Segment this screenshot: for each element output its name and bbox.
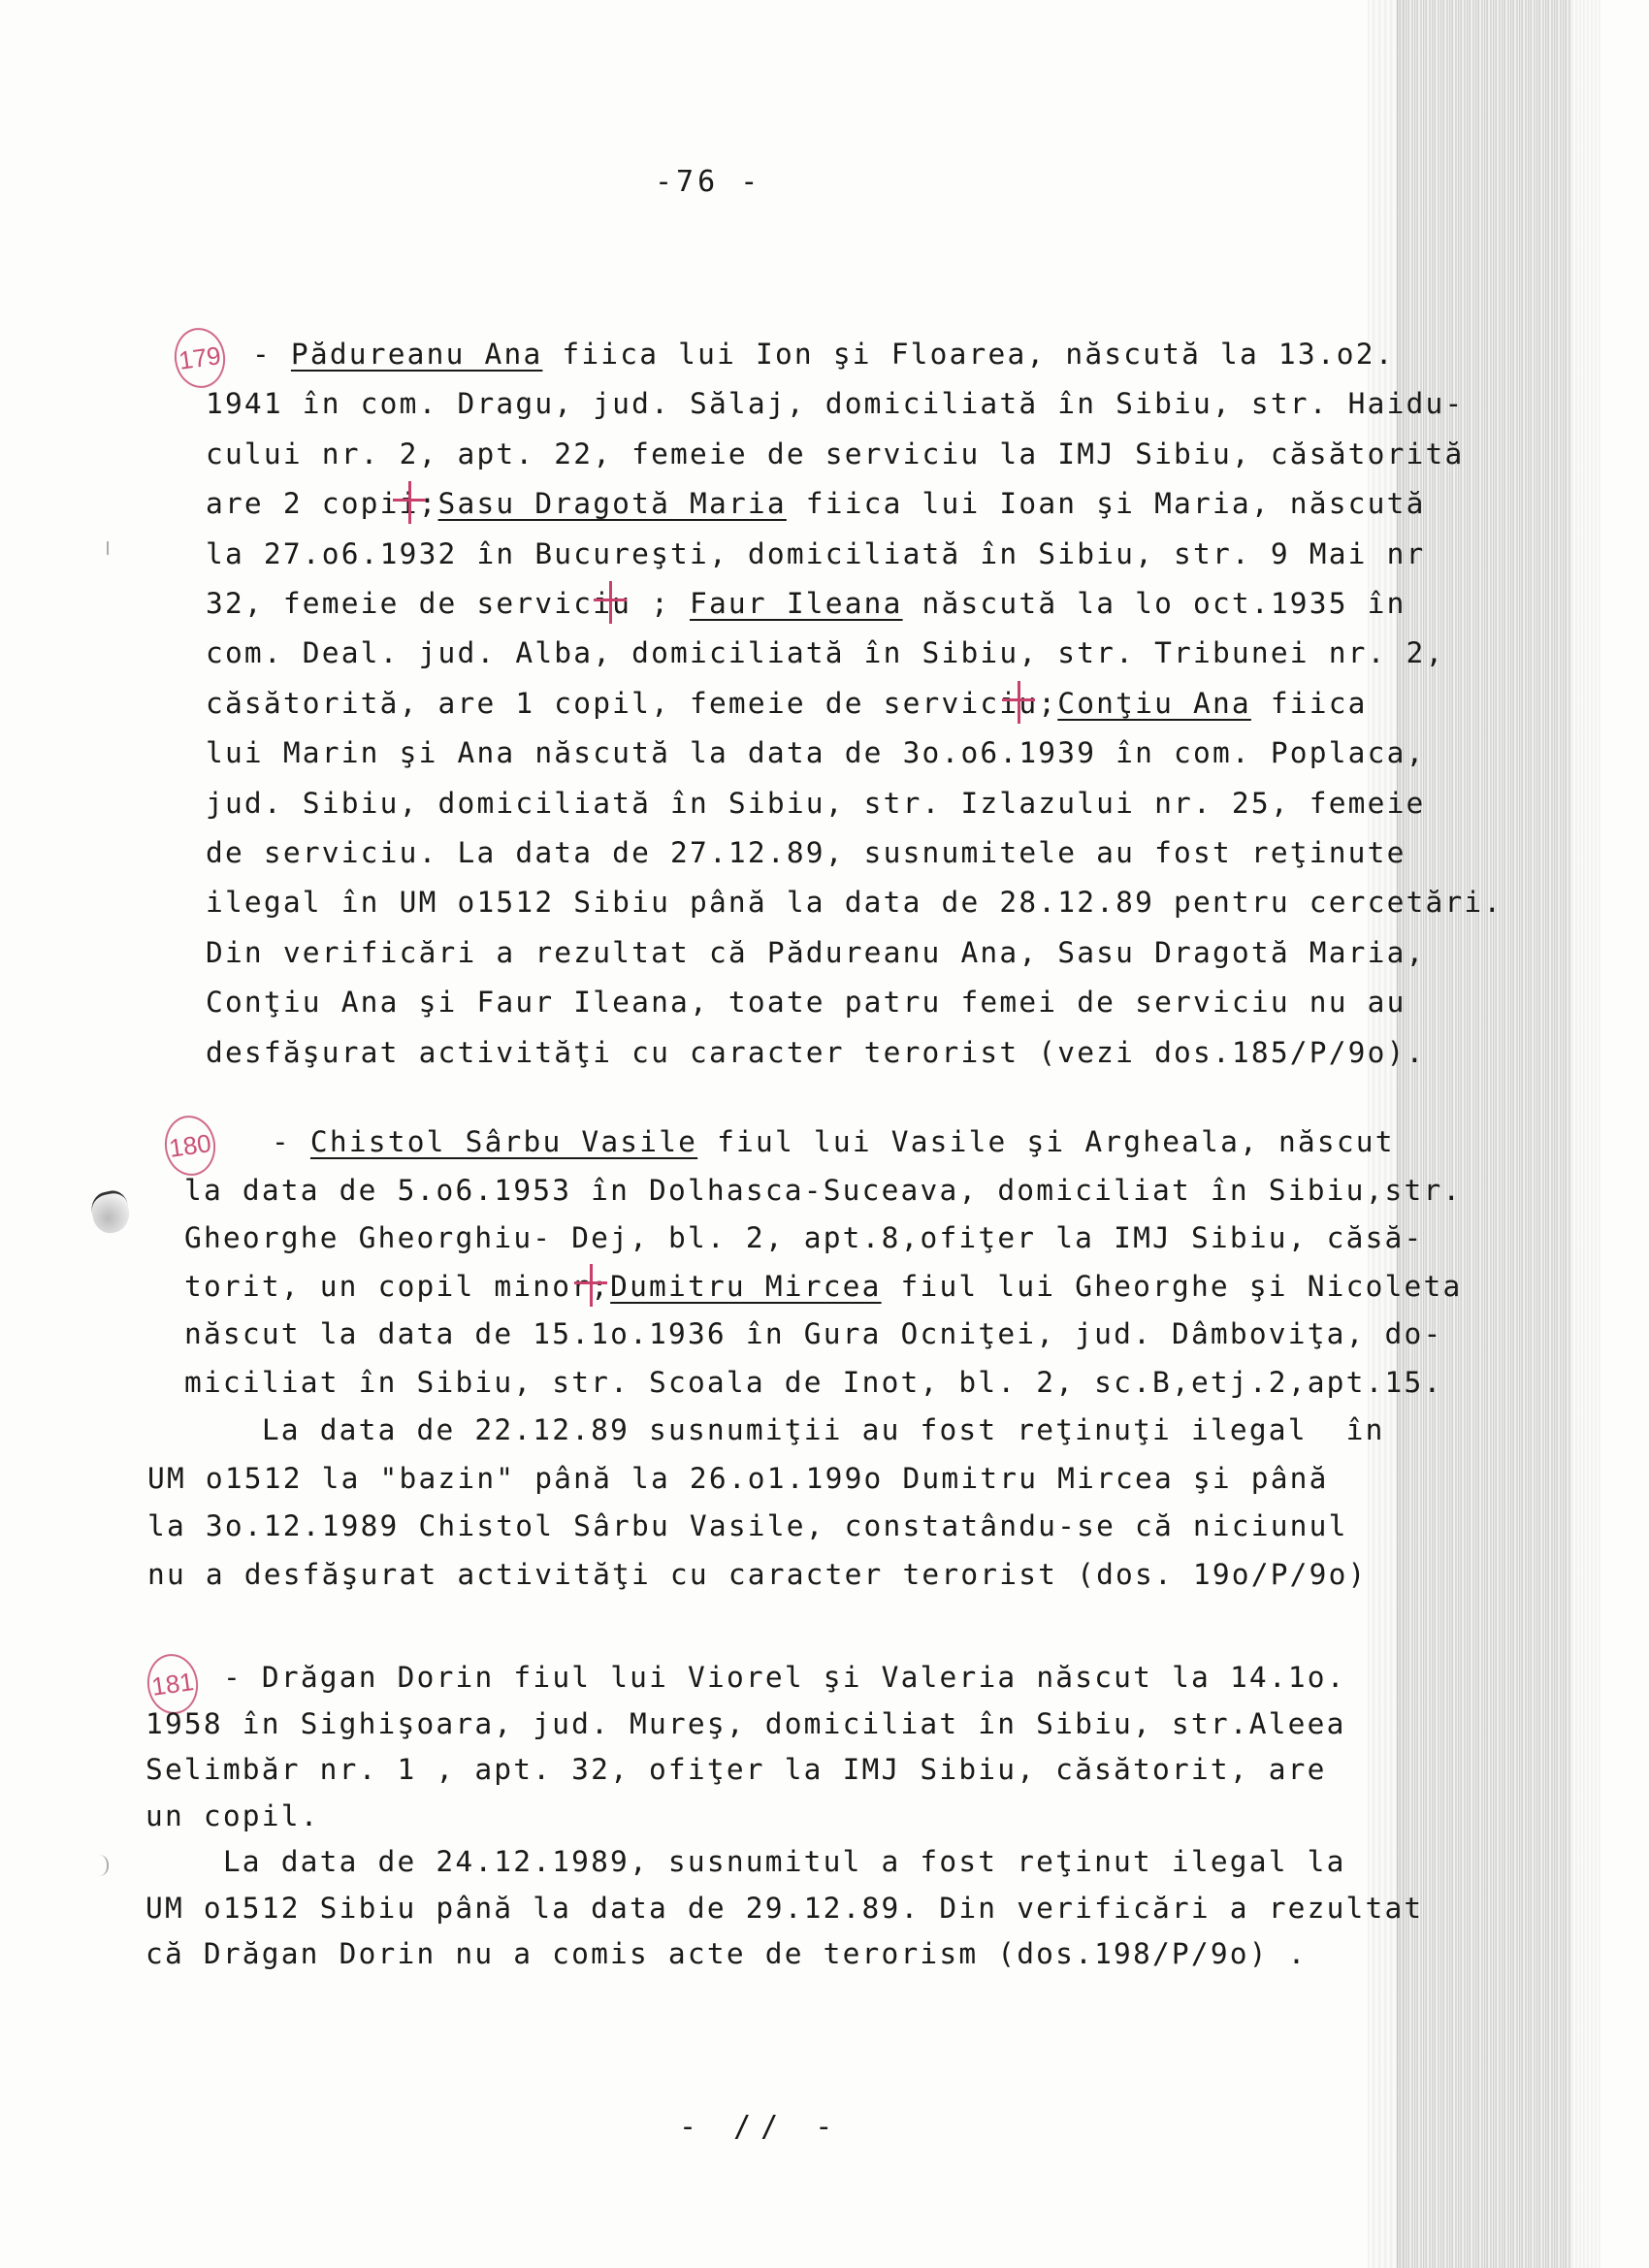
- text-line: - Pădureanu Ana fiica lui Ion şi Floarea…: [252, 338, 1395, 371]
- text-line: La data de 24.12.1989, susnumitul a fost…: [145, 1845, 1346, 1878]
- text-line: 1941 în com. Dragu, jud. Sălaj, domicili…: [206, 387, 1464, 420]
- text-line: - Chistol Sârbu Vasile fiul lui Vasile ş…: [272, 1125, 1395, 1158]
- line-suffix: fiica lui Ioan şi Maria, născută: [787, 487, 1426, 520]
- entry-number-circle: 179: [171, 325, 229, 392]
- text-line: com. Deal. jud. Alba, domiciliată în Sib…: [206, 636, 1444, 669]
- person-name: Faur Ileana: [690, 587, 903, 620]
- line-suffix: fiul lui Vasile şi Argheala, născut: [697, 1125, 1395, 1158]
- text-line: UM o1512 Sibiu până la data de 29.12.89.…: [145, 1892, 1423, 1925]
- red-cross-mark-icon: [594, 581, 627, 624]
- text-line: are 2 copii;Sasu Dragotă Maria fiica lui…: [206, 487, 1426, 520]
- page-number: -76 -: [655, 165, 761, 199]
- text-line: jud. Sibiu, domiciliată în Sibiu, str. I…: [206, 787, 1426, 820]
- page-footer: - // -: [679, 2110, 842, 2144]
- entry-number-circle: 180: [161, 1113, 219, 1180]
- text-line: nu a desfăşurat activităţi cu caracter t…: [147, 1558, 1368, 1591]
- text-line: - Drăgan Dorin fiul lui Viorel şi Valeri…: [223, 1661, 1346, 1694]
- person-name: Pădureanu Ana: [291, 338, 543, 371]
- line-suffix: fiica lui Ion şi Floarea, născută la 13.…: [542, 338, 1394, 371]
- text-line: că Drăgan Dorin nu a comis acte de teror…: [145, 1937, 1308, 1970]
- person-name: Dumitru Mircea: [610, 1270, 881, 1303]
- text-line: Selimbăr nr. 1 , apt. 32, ofiţer la IMJ …: [145, 1753, 1327, 1786]
- line-suffix: fiica: [1251, 687, 1368, 720]
- punch-hole-artifact: [88, 1188, 133, 1237]
- red-cross-mark-icon: [1002, 681, 1035, 724]
- line-suffix: născută la lo oct.1935 în: [903, 587, 1406, 620]
- person-name: Sasu Dragotă Maria: [438, 487, 787, 520]
- red-cross-mark-icon: [393, 481, 426, 524]
- text-line: La data de 22.12.89 susnumiţii au fost r…: [184, 1413, 1385, 1446]
- text-line: 32, femeie de serviciu ; Faur Ileana năs…: [206, 587, 1406, 620]
- scan-artifact-band: [1397, 0, 1571, 2268]
- line-prefix: torit, un copil minor;: [184, 1270, 610, 1303]
- text-line: la data de 5.o6.1953 în Dolhasca-Suceava…: [184, 1174, 1462, 1207]
- margin-mark: [97, 1855, 109, 1876]
- person-name: Conţiu Ana: [1057, 687, 1251, 720]
- text-line: un copil.: [145, 1799, 320, 1832]
- line-prefix: -: [272, 1125, 310, 1158]
- text-line: cului nr. 2, apt. 22, femeie de serviciu…: [206, 437, 1464, 470]
- person-name: Chistol Sârbu Vasile: [310, 1125, 697, 1158]
- text-line: la 3o.12.1989 Chistol Sârbu Vasile, cons…: [147, 1509, 1348, 1542]
- text-line: torit, un copil minor;Dumitru Mircea fiu…: [184, 1270, 1462, 1303]
- scan-artifact-band: [1571, 0, 1600, 2268]
- line-prefix: căsătorită, are 1 copil, femeie de servi…: [206, 687, 1057, 720]
- text-line: Din verificări a rezultat că Pădureanu A…: [206, 936, 1426, 969]
- line-prefix: -: [252, 338, 291, 371]
- text-line: desfăşurat activităţi cu caracter terori…: [206, 1036, 1426, 1069]
- margin-mark: [107, 541, 118, 555]
- text-line: căsătorită, are 1 copil, femeie de servi…: [206, 687, 1368, 720]
- red-cross-mark-icon: [574, 1264, 607, 1307]
- text-line: ilegal în UM o1512 Sibiu până la data de…: [206, 886, 1503, 919]
- text-line: miciliat în Sibiu, str. Scoala de Inot, …: [184, 1366, 1442, 1399]
- text-line: 1958 în Sighişoara, jud. Mureş, domicili…: [145, 1707, 1346, 1740]
- text-line: Conţiu Ana şi Faur Ileana, toate patru f…: [206, 986, 1406, 1019]
- text-line: UM o1512 la "bazin" până la 26.o1.199o D…: [147, 1462, 1329, 1495]
- text-line: născut la data de 15.1o.1936 în Gura Ocn…: [184, 1317, 1442, 1350]
- text-line: lui Marin şi Ana născută la data de 3o.o…: [206, 736, 1426, 769]
- line-suffix: fiul lui Gheorghe şi Nicoleta: [882, 1270, 1463, 1303]
- text-line: la 27.o6.1932 în Bucureşti, domiciliată …: [206, 537, 1426, 570]
- text-line: Gheorghe Gheorghiu- Dej, bl. 2, apt.8,of…: [184, 1221, 1423, 1254]
- text-line: de serviciu. La data de 27.12.89, susnum…: [206, 836, 1406, 869]
